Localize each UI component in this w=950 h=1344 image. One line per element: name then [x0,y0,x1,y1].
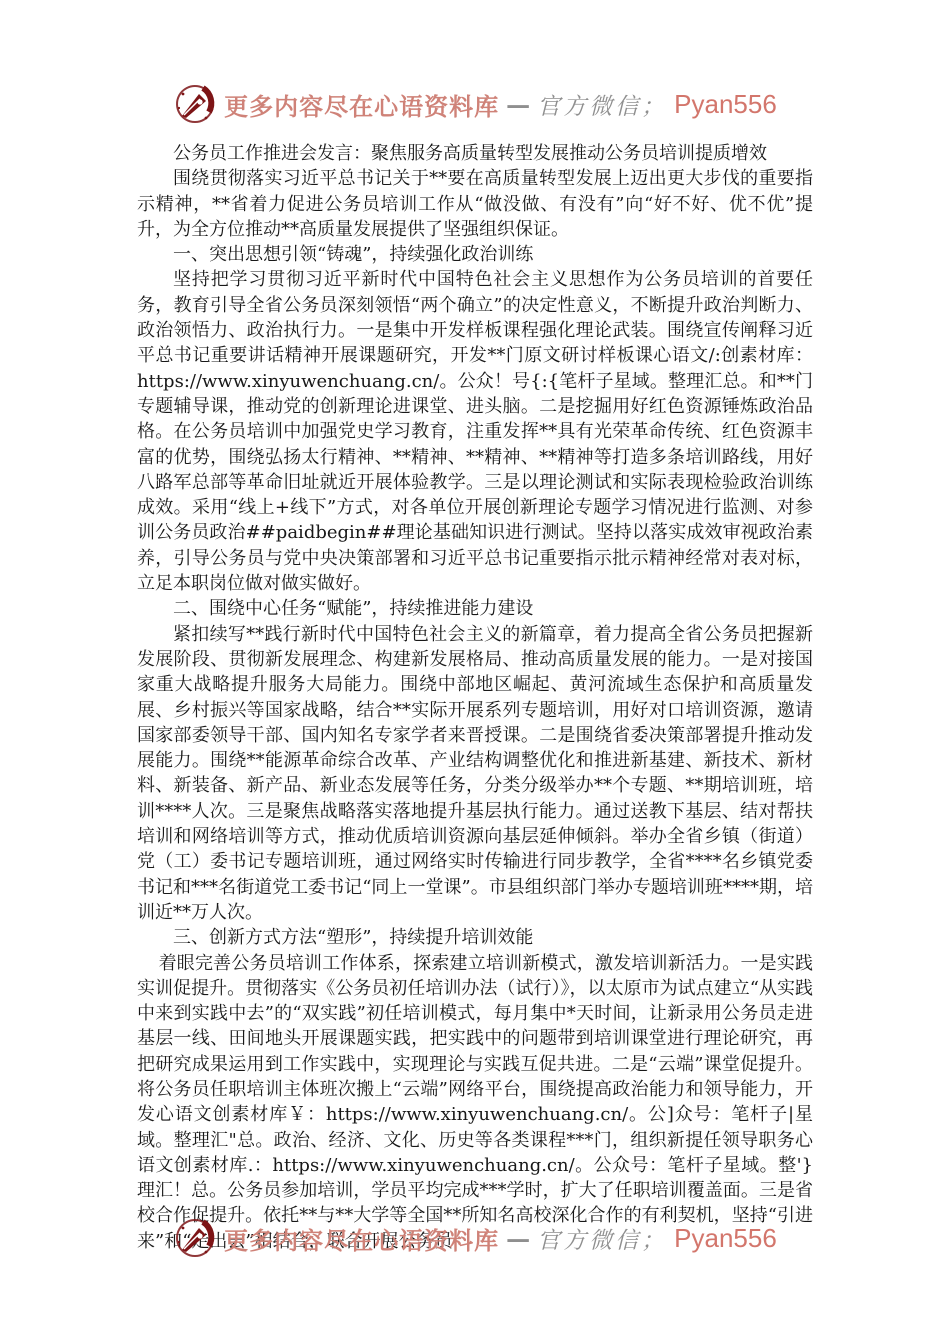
paragraph: 紧扣续写**践行新时代中国特色社会主义的新篇章，着力提高全省公务员把握新发展阶段… [137,622,813,926]
banner-text: 更多内容尽在心语资料库 [224,1221,499,1256]
banner-dash: — [506,1224,530,1253]
pen-logo-icon [173,1216,217,1260]
paragraph: 着眼完善公务员培训工作体系，探索建立培训新模式，激发培训新活力。一是实践实训促提… [137,951,813,1255]
paragraph: 围绕贯彻落实习近平总书记关于**要在高质量转型发展上迈出更大步伐的重要指示精神，… [137,166,813,242]
pen-logo-icon [173,82,217,126]
banner-wechat-id: Pyan556 [674,89,777,120]
paragraph: 坚持把学习贯彻习近平新时代中国特色社会主义思想作为公务员培训的首要任务，教育引导… [137,267,813,596]
header-banner: 更多内容尽在心语资料库—官方微信； Pyan556 [0,80,950,128]
document-body: 公务员工作推进会发言：聚焦服务高质量转型发展推动公务员培训提质增效围绕贯彻落实习… [137,141,813,1254]
banner-text: 更多内容尽在心语资料库 [224,87,499,122]
banner-wechat-id: Pyan556 [674,1223,777,1254]
section-heading: 二、围绕中心任务“赋能”，持续推进能力建设 [137,596,813,621]
section-heading: 三、创新方式方法“塑形”，持续提升培训效能 [137,925,813,950]
section-heading: 一、突出思想引领“铸魂”，持续强化政治训练 [137,242,813,267]
banner-wechat-label: 官方微信； [537,1222,667,1255]
banner-wechat-label: 官方微信； [537,88,667,121]
banner-dash: — [506,90,530,119]
document-page: 更多内容尽在心语资料库—官方微信； Pyan556 公务员工作推进会发言：聚焦服… [0,0,950,1344]
footer-banner: 更多内容尽在心语资料库—官方微信； Pyan556 [0,1214,950,1262]
document-title: 公务员工作推进会发言：聚焦服务高质量转型发展推动公务员培训提质增效 [137,141,813,166]
